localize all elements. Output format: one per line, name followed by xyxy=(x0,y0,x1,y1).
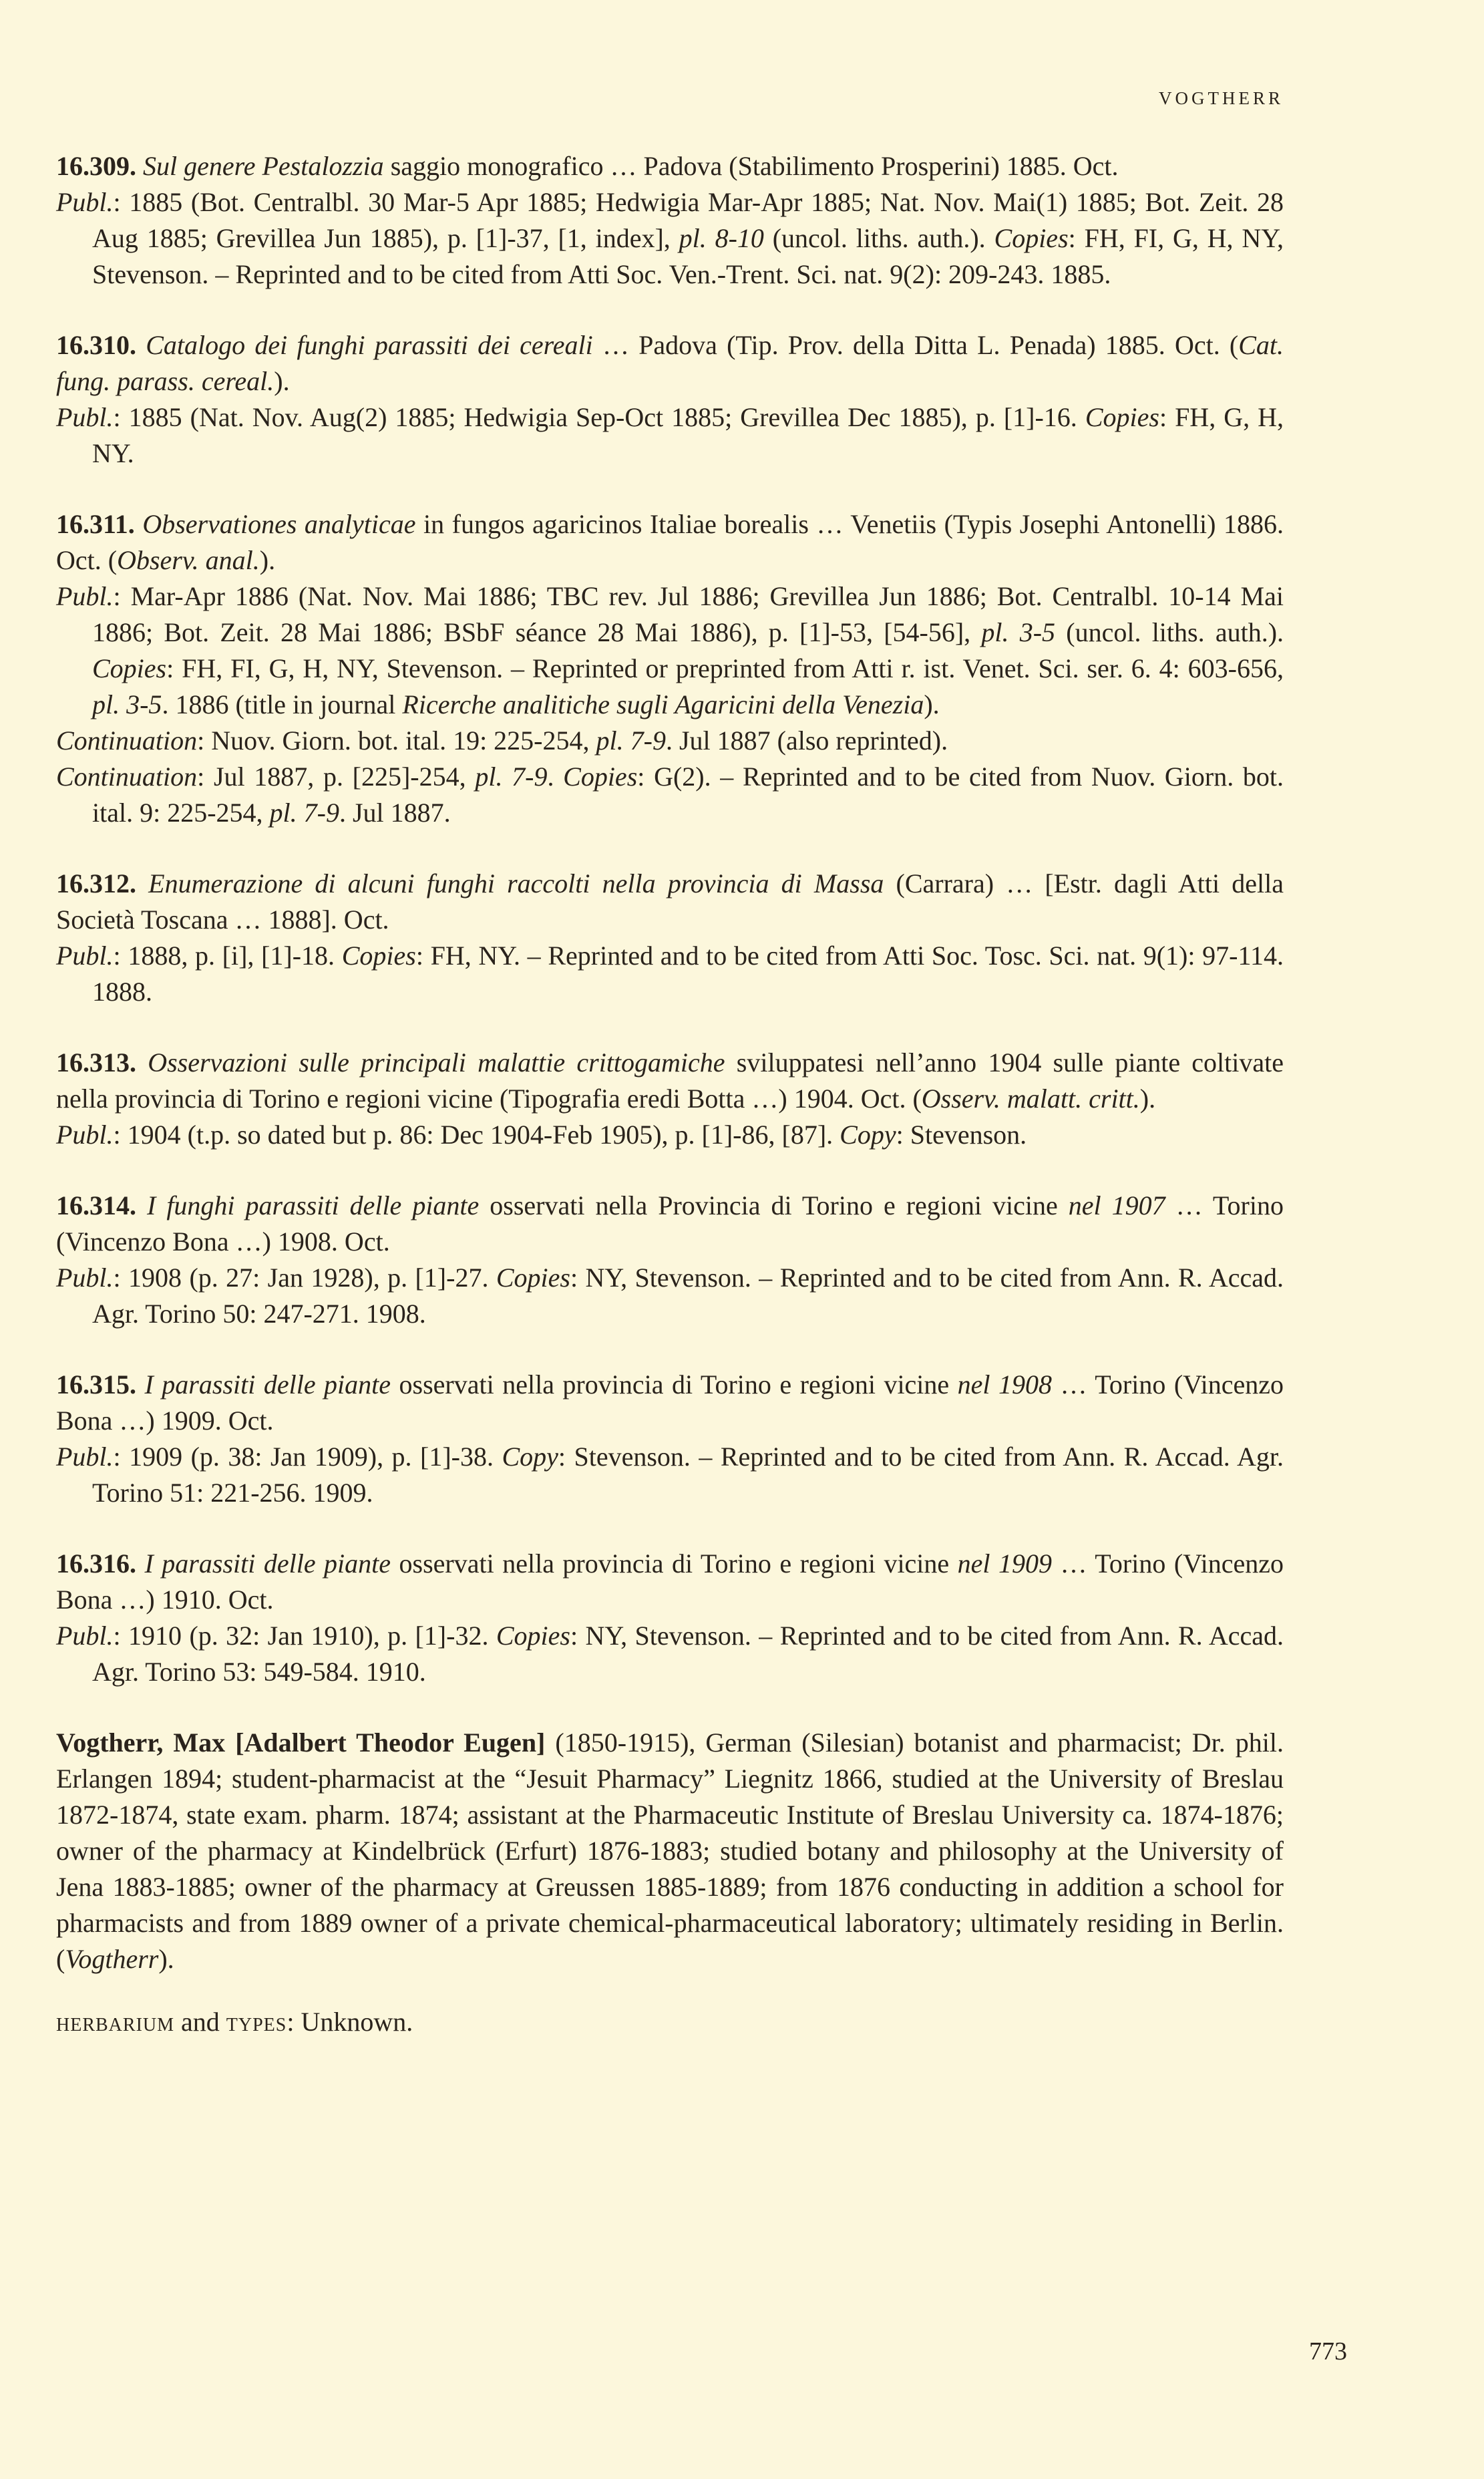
italic-run: Publ. xyxy=(56,1621,114,1651)
bibliography-entry: 16.309. Sul genere Pestalozzia saggio mo… xyxy=(56,148,1284,293)
entry-number: 16.313. xyxy=(56,1047,148,1078)
italic-run: Copy xyxy=(502,1442,558,1472)
author-name: Vogtherr, Max [Adalbert Theodor Eugen] xyxy=(56,1727,545,1758)
italic-run: Copy xyxy=(840,1120,896,1150)
entry-number: 16.309. xyxy=(56,151,143,181)
italic-run: pl. 7-9 xyxy=(475,762,547,792)
entry-number: 16.314. xyxy=(56,1190,147,1220)
text-run: . 1886 (title in journal xyxy=(162,689,402,719)
entry-title-line: 16.312. Enumerazione di alcuni funghi ra… xyxy=(56,866,1284,938)
text-run: : FH, FI, G, H, NY, Stevenson. – Reprint… xyxy=(166,653,1284,683)
types-label: types xyxy=(226,2007,287,2037)
italic-run: Sul genere Pestalozzia xyxy=(143,151,384,181)
entry-number: 16.315. xyxy=(56,1369,145,1399)
italic-run: Observationes analyticae xyxy=(142,509,415,539)
italic-run: Osservazioni sulle principali malattie c… xyxy=(148,1047,725,1078)
italic-run: Continuation xyxy=(56,762,197,792)
entry-detail-line: Continuation: Nuov. Giorn. bot. ital. 19… xyxy=(56,723,1284,759)
italic-run: Catalogo dei funghi parassiti dei cereal… xyxy=(146,330,593,360)
entry-detail-line: Continuation: Jul 1887, p. [225]-254, pl… xyxy=(56,759,1284,831)
italic-run: I parassiti delle piante xyxy=(145,1548,391,1579)
italic-run: I funghi parassiti delle piante xyxy=(147,1190,479,1220)
page-body: 16.309. Sul genere Pestalozzia saggio mo… xyxy=(56,148,1284,2040)
page-number: 773 xyxy=(1309,2337,1347,2366)
bibliography-entry: 16.314. I funghi parassiti delle piante … xyxy=(56,1188,1284,1332)
text-run: : 1910 (p. 32: Jan 1910), p. [1]-32. xyxy=(114,1621,496,1651)
bibliography-entry: 16.313. Osservazioni sulle principali ma… xyxy=(56,1045,1284,1153)
text-run: saggio monografico … Padova (Stabiliment… xyxy=(384,151,1119,181)
biography-text: (1850-1915), German (Silesian) botanist … xyxy=(56,1727,1284,1974)
text-run: . Jul 1887. xyxy=(339,798,451,828)
text-run: (uncol. liths. auth.). xyxy=(1055,617,1284,647)
entry-detail-line: Publ.: 1885 (Nat. Nov. Aug(2) 1885; Hedw… xyxy=(56,399,1284,472)
text-run: : 1888, p. [i], [1]-18. xyxy=(114,941,342,971)
running-head: VOGTHERR xyxy=(1159,88,1284,109)
italic-run: Publ. xyxy=(56,1442,114,1472)
text-run: : 1904 (t.p. so dated but p. 86: Dec 190… xyxy=(114,1120,840,1150)
italic-run: nel 1907 xyxy=(1069,1190,1165,1220)
italic-run: Publ. xyxy=(56,941,114,971)
italic-run: Copies xyxy=(563,762,637,792)
text-run: . xyxy=(547,762,563,792)
italic-run: Ricerche analitiche sugli Agaricini dell… xyxy=(402,689,924,719)
italic-run: nel 1909 xyxy=(958,1548,1052,1579)
text-run: (uncol. liths. auth.). xyxy=(764,223,994,253)
entry-detail-line: Publ.: 1888, p. [i], [1]-18. Copies: FH,… xyxy=(56,938,1284,1010)
italic-run: Continuation xyxy=(56,725,197,756)
text-run: … Padova (Tip. Prov. della Ditta L. Pena… xyxy=(593,330,1239,360)
bibliography-entry: 16.315. I parassiti delle piante osserva… xyxy=(56,1367,1284,1511)
italic-run: Copies xyxy=(496,1263,570,1293)
bibliography-entry: 16.310. Catalogo dei funghi parassiti de… xyxy=(56,327,1284,472)
italic-run: Copies xyxy=(92,653,166,683)
text-run: : Stevenson. xyxy=(896,1120,1027,1150)
herbarium-label: Herbarium xyxy=(56,2007,174,2037)
italic-run: Publ. xyxy=(56,402,114,432)
italic-run: Copies xyxy=(496,1621,570,1651)
entry-detail-line: Publ.: 1904 (t.p. so dated but p. 86: De… xyxy=(56,1117,1284,1153)
biography-paragraph: Vogtherr, Max [Adalbert Theodor Eugen] (… xyxy=(56,1725,1284,1977)
italic-run: nel 1908 xyxy=(958,1369,1052,1399)
italic-run: Copies xyxy=(994,223,1069,253)
italic-run: Publ. xyxy=(56,1120,114,1150)
entry-title-line: 16.314. I funghi parassiti delle piante … xyxy=(56,1188,1284,1260)
entry-title-line: 16.309. Sul genere Pestalozzia saggio mo… xyxy=(56,148,1284,184)
italic-run: Observ. anal. xyxy=(117,545,260,575)
bibliography-entries: 16.309. Sul genere Pestalozzia saggio mo… xyxy=(56,148,1284,1690)
entry-detail-line: Publ.: Mar-Apr 1886 (Nat. Nov. Mai 1886;… xyxy=(56,579,1284,723)
entry-detail-line: Publ.: 1910 (p. 32: Jan 1910), p. [1]-32… xyxy=(56,1618,1284,1690)
bibliography-entry: 16.312. Enumerazione di alcuni funghi ra… xyxy=(56,866,1284,1010)
text-run: . Jul 1887 (also reprinted). xyxy=(666,725,948,756)
herbarium-label-and: and xyxy=(174,2007,226,2037)
bibliography-entry: 16.316. I parassiti delle piante osserva… xyxy=(56,1546,1284,1690)
italic-run: pl. 3-5 xyxy=(981,617,1055,647)
entry-title-line: 16.313. Osservazioni sulle principali ma… xyxy=(56,1045,1284,1117)
entry-number: 16.316. xyxy=(56,1548,145,1579)
biography-text-end: ). xyxy=(158,1944,174,1974)
text-run: ). xyxy=(924,689,939,719)
bibliography-entry: 16.311. Observationes analyticae in fung… xyxy=(56,506,1284,831)
entry-number: 16.310. xyxy=(56,330,146,360)
herbarium-colon: : xyxy=(287,2007,301,2037)
text-run: osservati nella provincia di Torino e re… xyxy=(391,1548,958,1579)
text-run: osservati nella Provincia di Torino e re… xyxy=(479,1190,1068,1220)
text-run: ). xyxy=(1140,1084,1155,1114)
italic-run: Osserv. malatt. critt. xyxy=(922,1084,1140,1114)
italic-run: pl. 7-9 xyxy=(270,798,339,828)
entry-number: 16.312. xyxy=(56,868,148,898)
italic-run: Enumerazione di alcuni funghi raccolti n… xyxy=(148,868,884,898)
italic-run: pl. 8-10 xyxy=(679,223,764,253)
entry-detail-line: Publ.: 1885 (Bot. Centralbl. 30 Mar-5 Ap… xyxy=(56,184,1284,293)
entry-title-line: 16.315. I parassiti delle piante osserva… xyxy=(56,1367,1284,1439)
text-run: ). xyxy=(260,545,275,575)
entry-title-line: 16.311. Observationes analyticae in fung… xyxy=(56,506,1284,579)
text-run: : Jul 1887, p. [225]-254, xyxy=(197,762,475,792)
entry-title-line: 16.316. I parassiti delle piante osserva… xyxy=(56,1546,1284,1618)
text-run: : Nuov. Giorn. bot. ital. 19: 225-254, xyxy=(197,725,596,756)
italic-run: Copies xyxy=(342,941,416,971)
italic-run: Copies xyxy=(1085,402,1159,432)
entry-title-line: 16.310. Catalogo dei funghi parassiti de… xyxy=(56,327,1284,399)
text-run: : 1909 (p. 38: Jan 1909), p. [1]-38. xyxy=(114,1442,502,1472)
text-run: : 1885 (Nat. Nov. Aug(2) 1885; Hedwigia … xyxy=(114,402,1085,432)
entry-number: 16.311. xyxy=(56,509,142,539)
text-run: ). xyxy=(274,366,289,396)
entry-detail-line: Publ.: 1908 (p. 27: Jan 1928), p. [1]-27… xyxy=(56,1260,1284,1332)
entry-detail-line: Publ.: 1909 (p. 38: Jan 1909), p. [1]-38… xyxy=(56,1439,1284,1511)
biography-source: Vogtherr xyxy=(65,1944,158,1974)
italic-run: Publ. xyxy=(56,581,114,611)
herbarium-value: Unknown. xyxy=(301,2007,413,2037)
italic-run: pl. 7-9 xyxy=(596,725,666,756)
herbarium-line: Herbarium and types: Unknown. xyxy=(56,2004,1284,2040)
italic-run: Publ. xyxy=(56,187,114,217)
text-run: : 1908 (p. 27: Jan 1928), p. [1]-27. xyxy=(114,1263,496,1293)
italic-run: Publ. xyxy=(56,1263,114,1293)
italic-run: pl. 3-5 xyxy=(92,689,162,719)
text-run: osservati nella provincia di Torino e re… xyxy=(391,1369,958,1399)
italic-run: I parassiti delle piante xyxy=(145,1369,391,1399)
